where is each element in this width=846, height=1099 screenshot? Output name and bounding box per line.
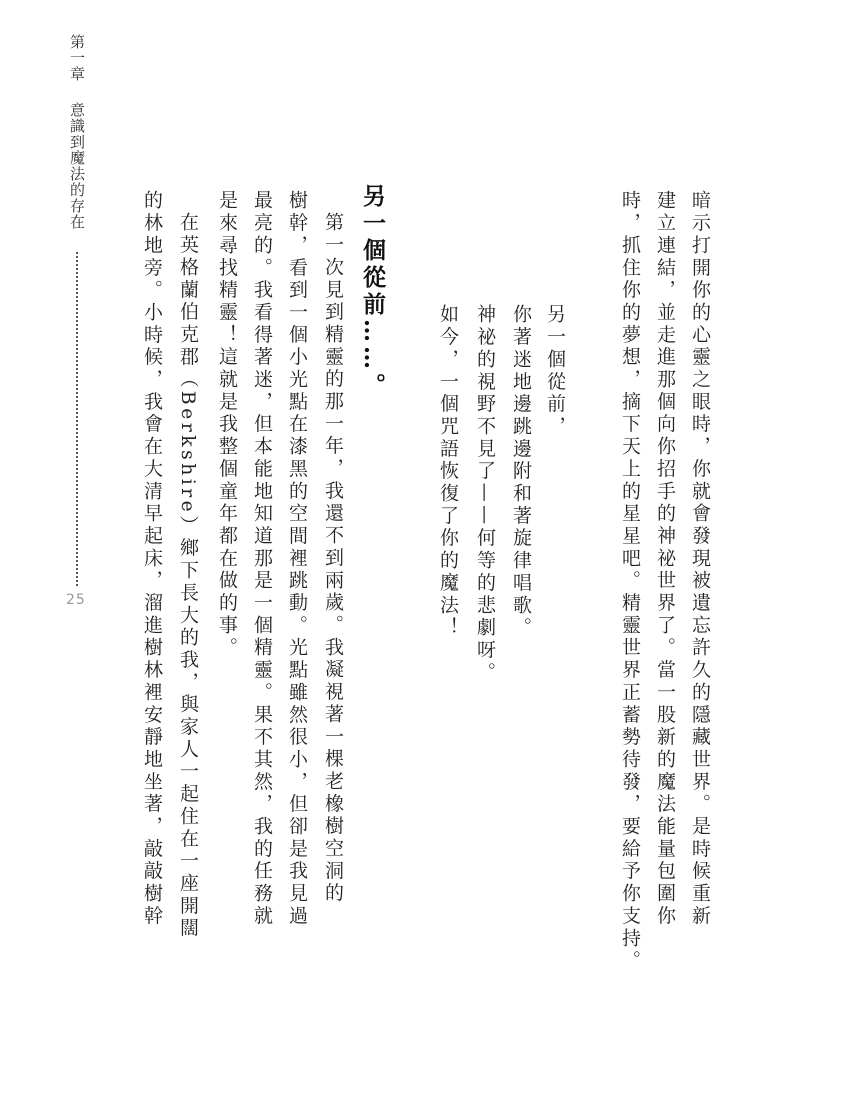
dotted-rule (76, 252, 78, 586)
page-number: 25 (66, 592, 92, 608)
text-column: 最亮的。我看得著迷，但本能地知道那是一個精靈。果不其然，我的任務就 (250, 190, 274, 928)
running-header: 第一章意識到魔法的存在 (68, 34, 86, 230)
section-heading: 另一個從前……。 (358, 184, 386, 400)
chapter-number: 第一章 (68, 34, 86, 82)
chapter-title: 意識到魔法的存在 (68, 102, 86, 230)
text-column: 是來尋找精靈！這就是我整個童年都在做的事。 (215, 190, 239, 659)
poem-line: 你著迷地邊跳邊附和著旋律唱歌。 (509, 304, 533, 639)
text-column: 建立連結，並走進那個向你招手的神祕世界了。當一股新的魔法能量包圍你 (653, 190, 677, 928)
text-column: 樹幹，看到一個小光點在漆黑的空間裡跳動。光點雖然很小，但卻是我見過 (285, 190, 309, 928)
poem-line: 另一個從前， (543, 304, 567, 438)
text-column: 在英格蘭伯克郡（Berkshire）鄉下長大的我，與家人一起住在一座開闊 (176, 190, 200, 940)
text-column: 第一次見到精靈的那一年，我還不到兩歲。我凝視著一棵老橡樹空洞的 (321, 190, 345, 905)
poem-line: 如今，一個咒語恢復了你的魔法！ (436, 304, 460, 639)
text-column: 暗示打開你的心靈之眼時，你就會發現被遺忘許久的隱藏世界。是時候重新 (688, 190, 712, 928)
text-column: 時，抓住你的夢想，摘下天上的星星吧。精靈世界正蓄勢待發，要給予你支持。 (618, 190, 642, 972)
book-page: 第一章意識到魔法的存在 25 暗示打開你的心靈之眼時，你就會發現被遺忘許久的隱藏… (0, 0, 846, 1099)
text-column: 的林地旁。小時候，我會在大清早起床，溜進樹林裡安靜地坐著，敲敲樹幹 (140, 190, 164, 928)
poem-line: 神祕的視野不見了——何等的悲劇呀。 (473, 304, 497, 684)
